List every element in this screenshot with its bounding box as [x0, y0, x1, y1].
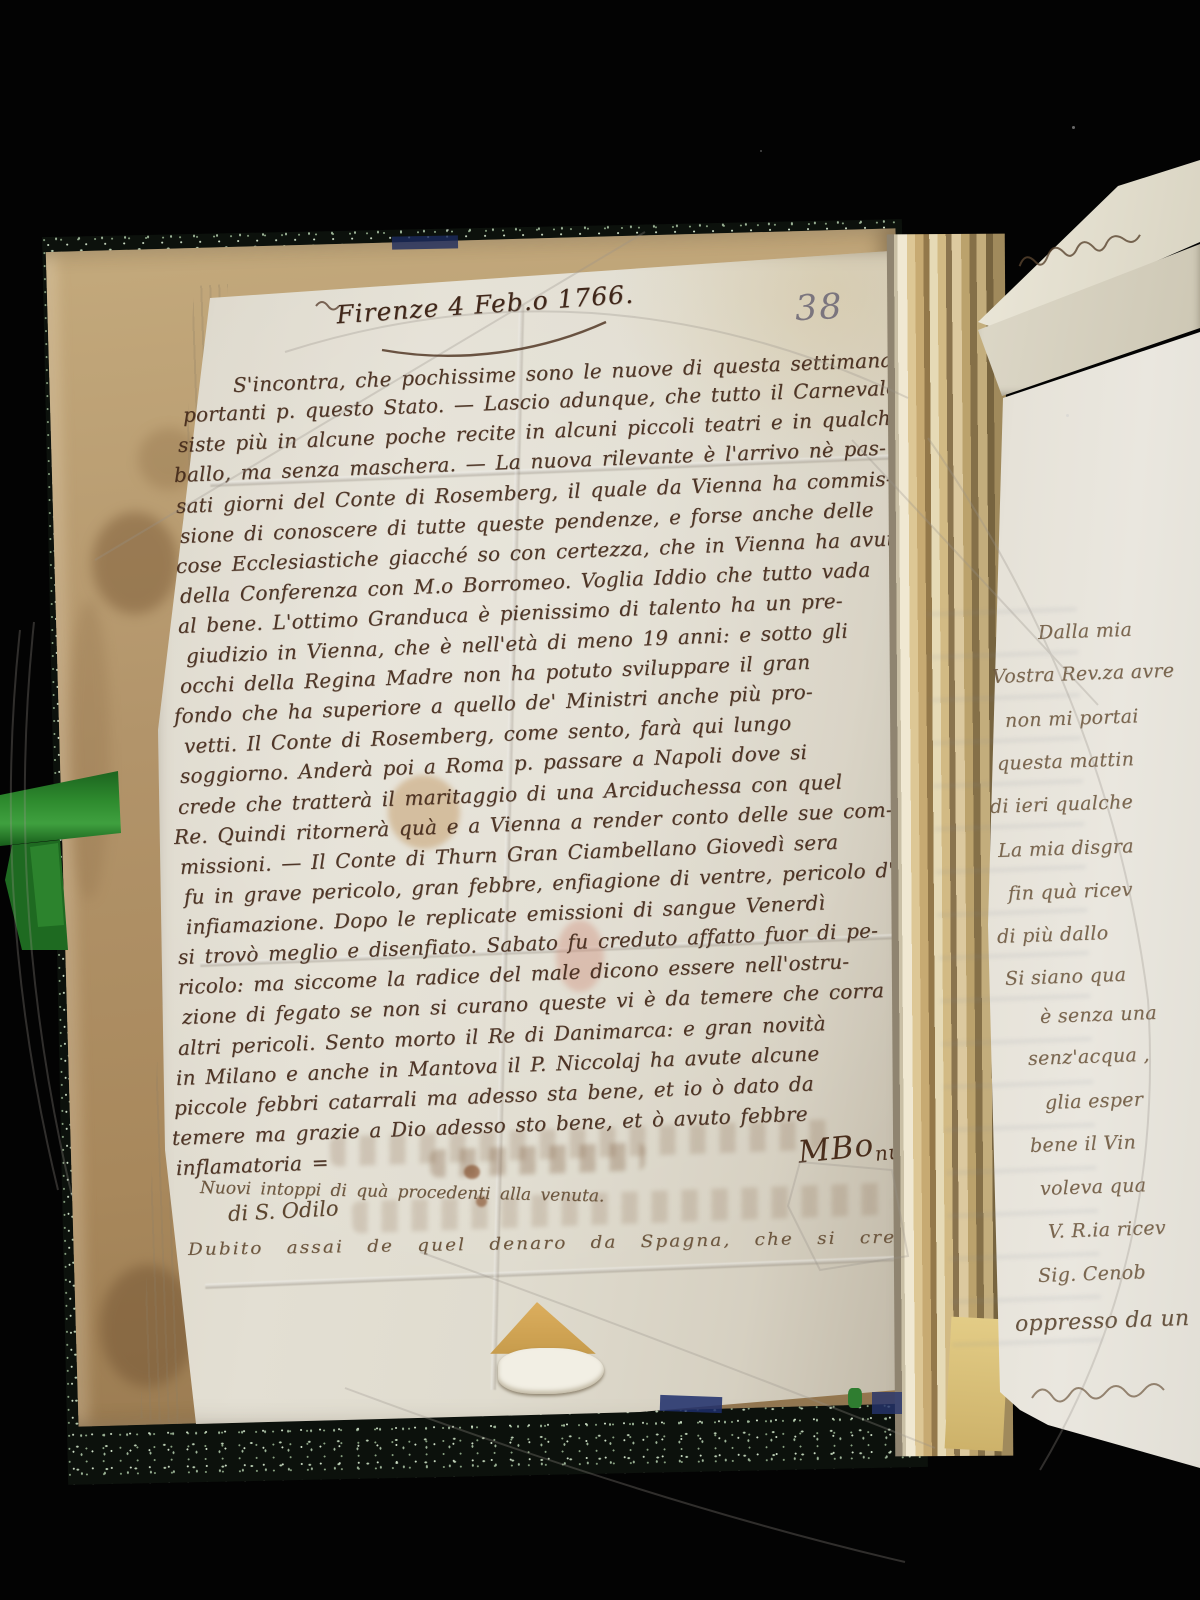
- blue-binding-edge: [392, 235, 458, 249]
- board-stain: [92, 512, 178, 614]
- blue-binding-edge: [660, 1395, 723, 1413]
- dust-speck: [1066, 414, 1069, 417]
- dust-speck: [760, 150, 762, 152]
- right-page-line: voleva qua: [1040, 1174, 1147, 1200]
- blue-binding-edge: [872, 1392, 902, 1414]
- right-page-line: di più dallo: [997, 922, 1109, 948]
- right-page-line: fin quà ricev: [1008, 879, 1134, 905]
- dust-speck: [1072, 126, 1075, 129]
- manuscript-photo: Firenze 4 Feb.o 1766. 38 S'incontra, che…: [0, 0, 1200, 1600]
- right-page-line: Si siano qua: [1005, 964, 1127, 990]
- right-page-line: è senza una: [1040, 1002, 1158, 1028]
- dust-speck: [447, 229, 449, 231]
- right-page-line: senz'acqua ,: [1028, 1044, 1151, 1070]
- right-page-line: Sig. Cenob: [1038, 1261, 1147, 1287]
- right-page-line: V. R.ia ricev: [1048, 1217, 1167, 1243]
- right-page-line: Dalla mia: [1038, 619, 1133, 644]
- signature-initials: MBo: [796, 1127, 876, 1171]
- page-number: 38: [794, 287, 845, 329]
- right-page-line: non mi portai: [1005, 705, 1139, 732]
- right-page-line: glia esper: [1045, 1089, 1144, 1114]
- right-page-line: bene il Vin: [1030, 1131, 1137, 1157]
- green-ribbon-tip: [848, 1388, 862, 1408]
